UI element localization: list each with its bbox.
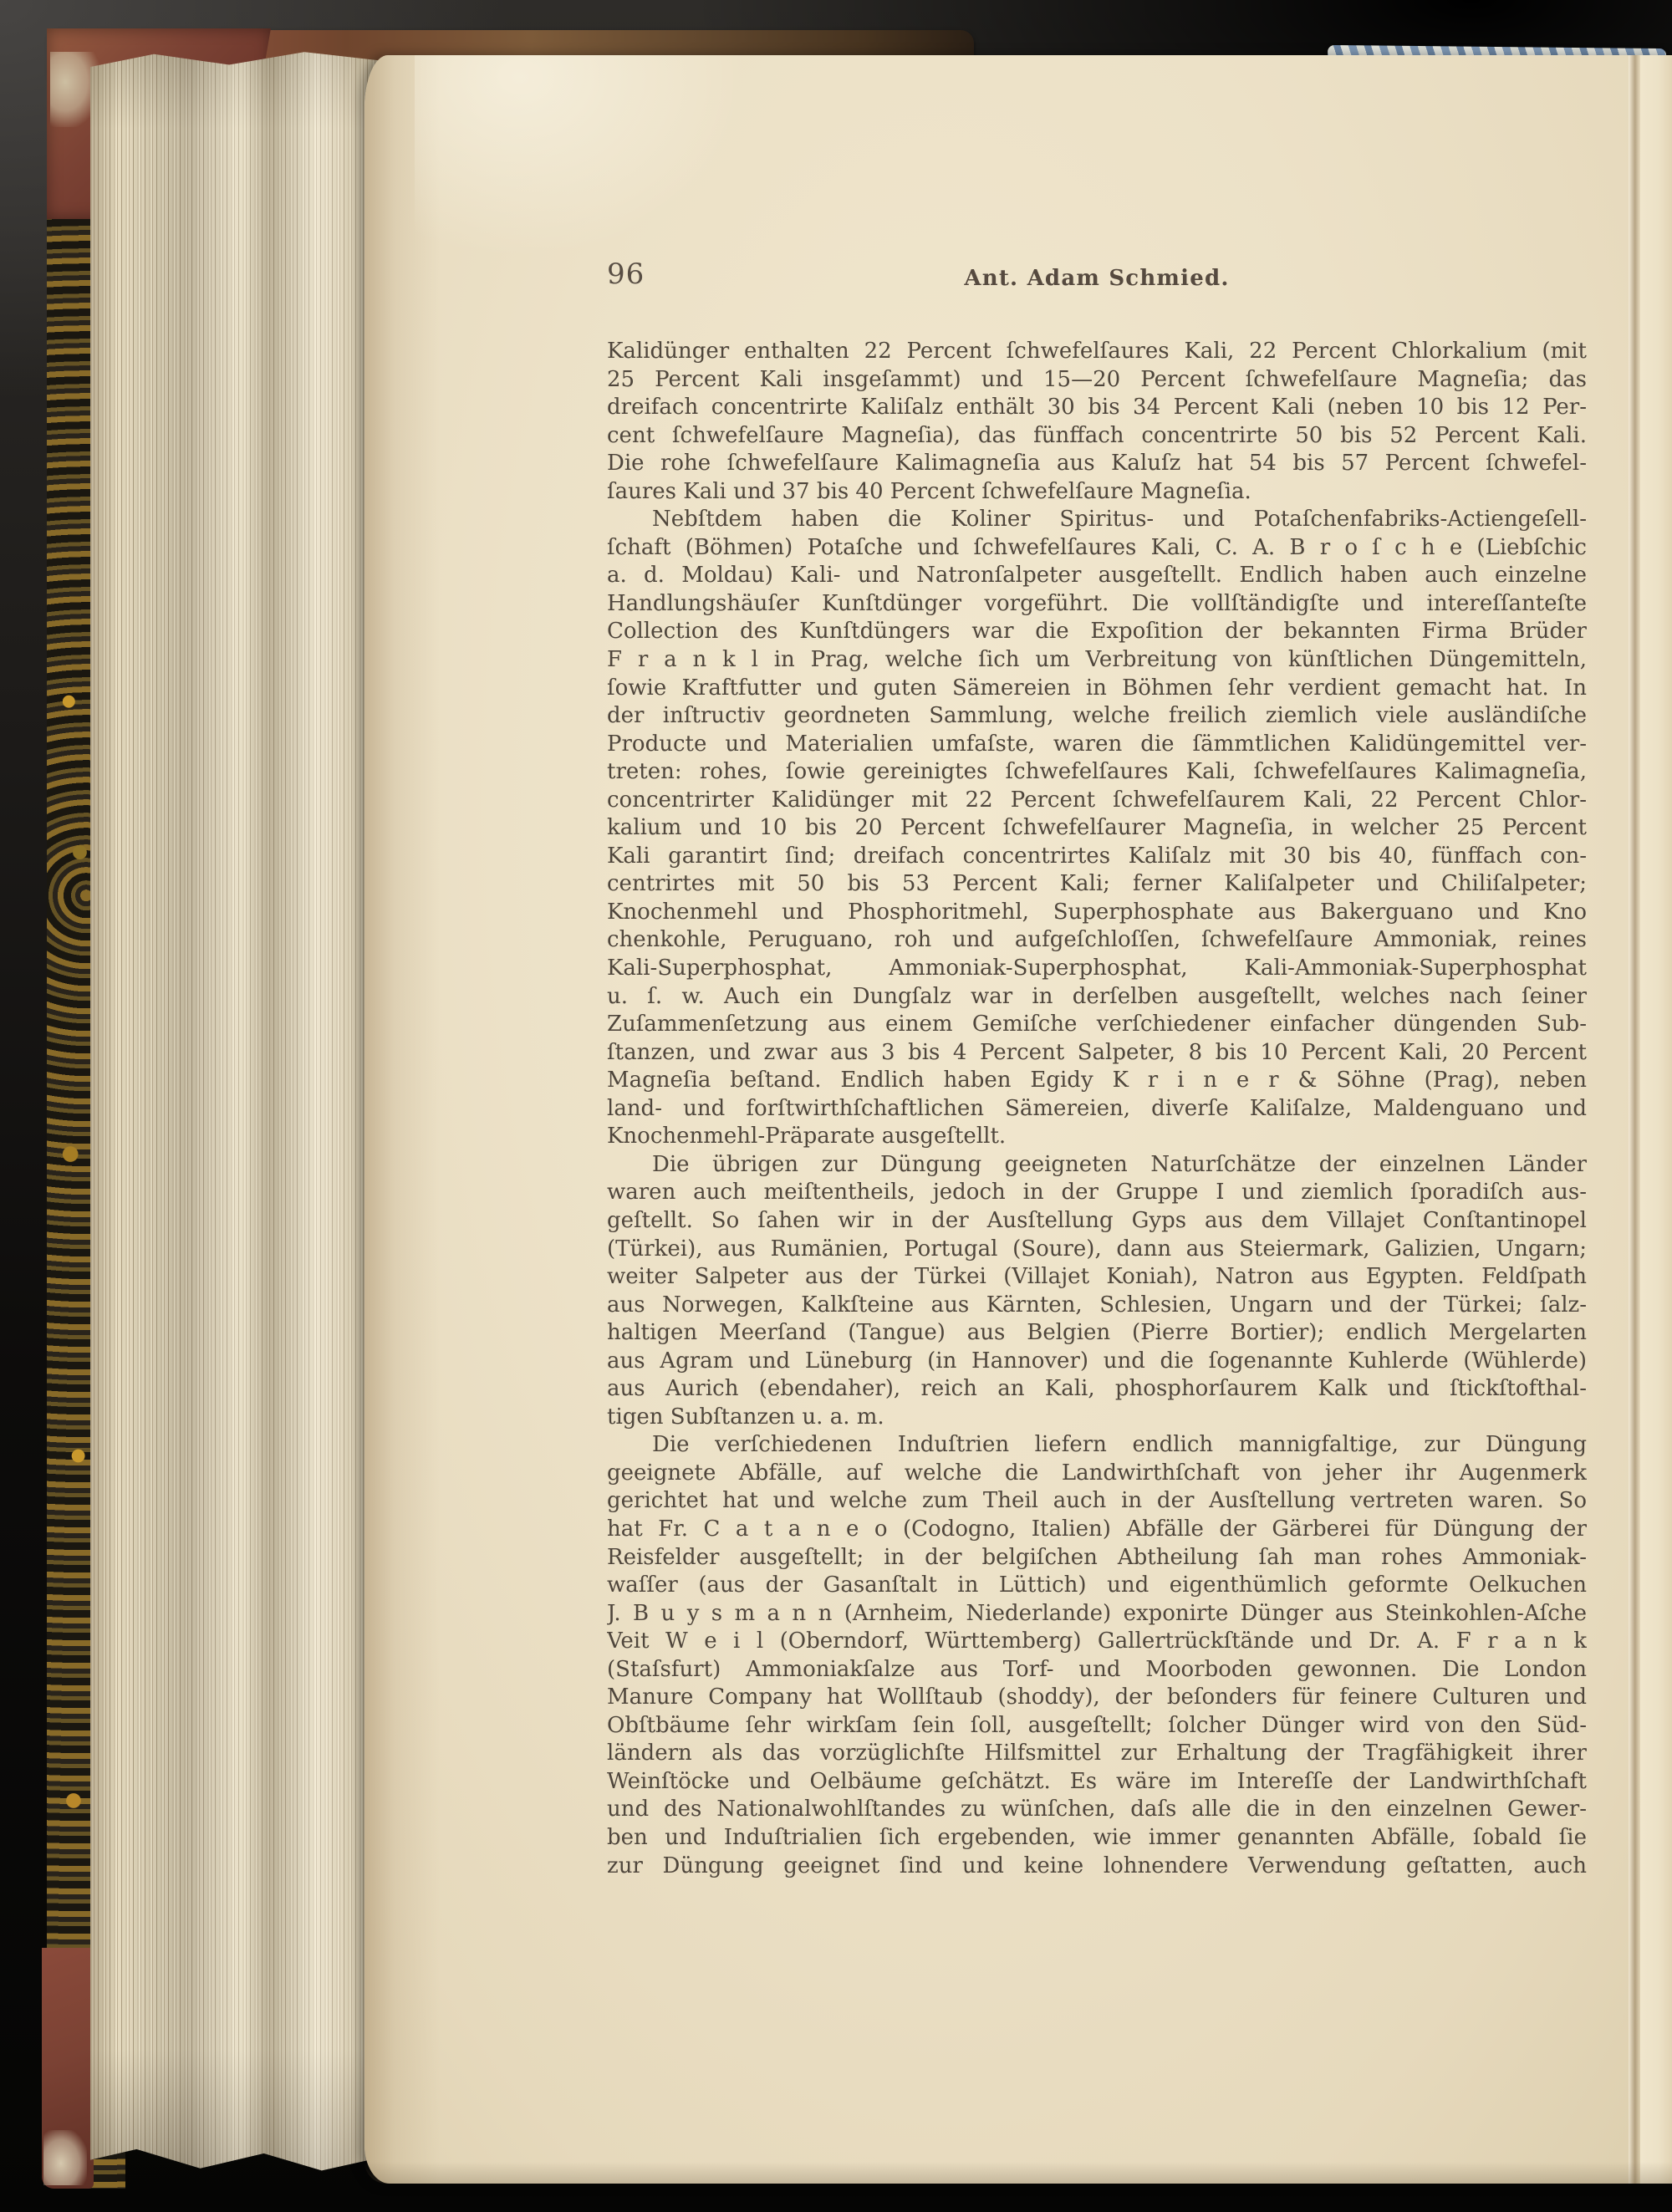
text-line: Obſtbäume ſehr wirkſam ſein ſoll, ausgeſ…: [607, 1712, 1587, 1741]
text-line: Collection des Kunſtdüngers war die Expo…: [607, 618, 1587, 646]
text-line: u. ſ. w. Auch ein Dungſalz war in derſel…: [607, 983, 1587, 1012]
text-line: F r a n k l in Prag, welche ſich um Verb…: [607, 646, 1587, 675]
paragraph: Die verſchiedenen Induſtrien liefern end…: [607, 1431, 1587, 1880]
text-line: tigen Subſtanzen u. a. m.: [607, 1404, 1587, 1432]
text-line: haltigen Meerſand (Tangue) aus Belgien (…: [607, 1319, 1587, 1348]
paper-sheen: [415, 55, 766, 273]
running-header: Ant. Adam Schmied.: [607, 266, 1587, 291]
scanned-book-photo: 96 Ant. Adam Schmied. Kalidünger enthalt…: [0, 0, 1672, 2212]
text-line: 25 Percent Kali insgeſammt) und 15—20 Pe…: [607, 366, 1587, 395]
text-line: ben und Induſtrialien ſich ergebenden, w…: [607, 1824, 1587, 1853]
paragraph: Kalidünger enthalten 22 Percent ſchwefel…: [607, 338, 1587, 506]
text-line: und des Nationalwohlſtandes zu wünſchen,…: [607, 1796, 1587, 1824]
text-line: weiter Salpeter aus der Türkei (Villajet…: [607, 1263, 1587, 1292]
text-line: Producte und Materialien umfaſste, waren…: [607, 731, 1587, 759]
page-fold-line: [1629, 55, 1640, 2184]
text-line: ſowie Kraftfutter und guten Sämereien in…: [607, 675, 1587, 703]
text-line: waſſer (aus der Gasanſtalt in Lüttich) u…: [607, 1572, 1587, 1600]
text-line: Kali garantirt ſind; dreifach concentrir…: [607, 843, 1587, 871]
text-line: ſaures Kali und 37 bis 40 Percent ſchwef…: [607, 478, 1587, 507]
text-line: aus Agram und Lüneburg (in Hannover) und…: [607, 1348, 1587, 1376]
text-line: hat Fr. C a t a n e o (Codogno, Italien)…: [607, 1516, 1587, 1544]
text-line: (Türkei), aus Rumänien, Portugal (Soure)…: [607, 1236, 1587, 1264]
text-line: Die rohe ſchwefelſaure Kalimagneſia aus …: [607, 450, 1587, 478]
text-line: Nebſtdem haben die Koliner Spiritus- und…: [607, 506, 1587, 534]
text-line: Die übrigen zur Düngung geeigneten Natur…: [607, 1151, 1587, 1180]
text-line: chenkohle, Peruguano, roh und aufgeſchlo…: [607, 926, 1587, 955]
text-line: ſchaft (Böhmen) Potaſche und ſchwefelſau…: [607, 534, 1587, 563]
text-line: (Staſsfurt) Ammoniakſalze aus Torf- und …: [607, 1656, 1587, 1684]
text-line: Manure Company hat Wollſtaub (shoddy), d…: [607, 1684, 1587, 1712]
text-line: Handlungshäuſer Kunſtdünger vorgeführt. …: [607, 590, 1587, 619]
text-line: a. d. Moldau) Kali- und Natronſalpeter a…: [607, 562, 1587, 590]
next-page-sliver: [1640, 55, 1672, 2184]
text-line: centrirtes mit 50 bis 53 Percent Kali; f…: [607, 870, 1587, 899]
text-line: geeignete Abfälle, auf welche die Landwi…: [607, 1460, 1587, 1488]
text-line: dreifach concentrirte Kaliſalz enthält 3…: [607, 394, 1587, 422]
text-block: Kalidünger enthalten 22 Percent ſchwefel…: [607, 338, 1587, 1880]
text-line: Weinſtöcke und Oelbäume geſchätzt. Es wä…: [607, 1768, 1587, 1797]
text-line: ländern als das vorzüglichſte Hilfsmitte…: [607, 1740, 1587, 1768]
text-line: Kali-Superphosphat, Ammoniak-Superphosph…: [607, 955, 1587, 983]
text-line: treten: rohes, ſowie gereinigtes ſchwefe…: [607, 758, 1587, 787]
text-line: waren auch meiſtentheils, jedoch in der …: [607, 1179, 1587, 1207]
text-line: aus Aurich (ebendaher), reich an Kali, p…: [607, 1375, 1587, 1404]
text-line: cent ſchwefelſaure Magneſia), das fünffa…: [607, 422, 1587, 451]
text-line: Die verſchiedenen Induſtrien liefern end…: [607, 1431, 1587, 1460]
text-line: concentrirter Kalidünger mit 22 Percent …: [607, 787, 1587, 815]
text-line: zur Düngung geeignet ſind und keine lohn…: [607, 1853, 1587, 1881]
worn-scuff: [43, 2130, 87, 2185]
text-line: Magneſia beſtand. Endlich haben Egidy K …: [607, 1067, 1587, 1095]
text-line: Knochenmehl-Präparate ausgeſtellt.: [607, 1123, 1587, 1151]
text-line: Reisfelder ausgeſtellt; in der belgiſche…: [607, 1544, 1587, 1572]
page-stack-fore-edge: [90, 43, 380, 2177]
text-line: ſtanzen, und zwar aus 3 bis 4 Percent Sa…: [607, 1039, 1587, 1068]
text-line: Kalidünger enthalten 22 Percent ſchwefel…: [607, 338, 1587, 366]
text-line: Knochenmehl und Phosphoritmehl, Superpho…: [607, 899, 1587, 927]
text-line: land- und forſtwirthſchaftlichen Sämerei…: [607, 1095, 1587, 1124]
text-line: J. B u y s m a n n (Arnheim, Niederlande…: [607, 1600, 1587, 1628]
gutter-shadow: [364, 55, 440, 2184]
text-line: der inſtructiv geordneten Sammlung, welc…: [607, 702, 1587, 731]
paragraph: Die übrigen zur Düngung geeigneten Natur…: [607, 1151, 1587, 1431]
leather-corner-bottom: [42, 1948, 94, 2189]
text-line: aus Norwegen, Kalkſteine aus Kärnten, Sc…: [607, 1292, 1587, 1320]
text-line: gerichtet hat und welche zum Theil auch …: [607, 1487, 1587, 1516]
text-line: Veit W e i l (Oberndorf, Württemberg) Ga…: [607, 1628, 1587, 1656]
page-bottom-shadow: [364, 2162, 1672, 2184]
text-line: Zuſammenſetzung aus einem Gemiſche verſc…: [607, 1011, 1587, 1039]
paragraph: Nebſtdem haben die Koliner Spiritus- und…: [607, 506, 1587, 1151]
text-line: geſtellt. So ſahen wir in der Ausſtellun…: [607, 1207, 1587, 1236]
text-line: kalium und 10 bis 20 Percent ſchwefelſau…: [607, 814, 1587, 843]
